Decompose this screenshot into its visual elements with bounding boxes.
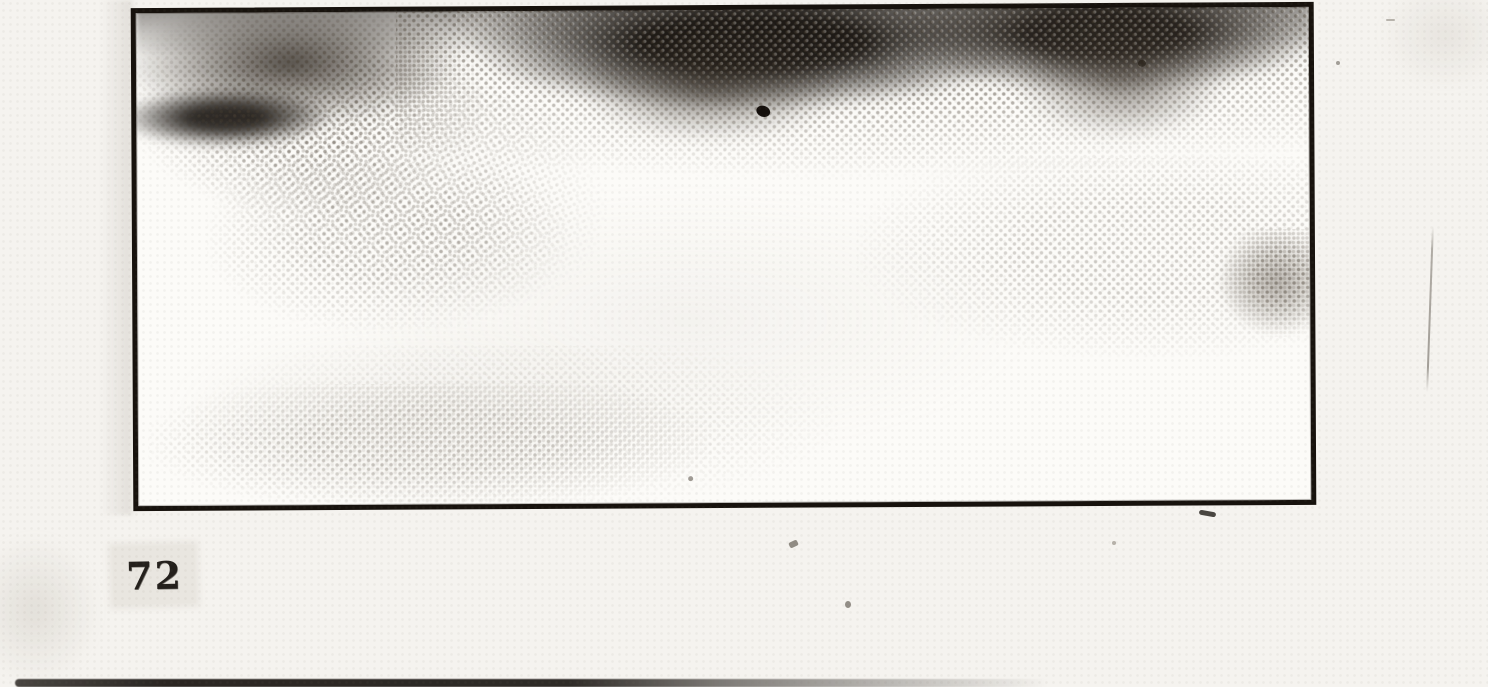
page-number-smudge: 72 bbox=[112, 545, 195, 605]
paper-smudge-top-right bbox=[1380, 0, 1488, 90]
paper-smudge-bottom-left bbox=[0, 535, 100, 685]
scanned-page: 72 bbox=[0, 0, 1488, 687]
halftone-screen-right-tuft bbox=[1222, 229, 1316, 338]
ink-dot-faint bbox=[688, 476, 693, 481]
speck-right-below-frame bbox=[1112, 541, 1116, 545]
scan-streak-left-margin bbox=[100, 0, 134, 515]
speck-dash-top-right bbox=[1386, 19, 1395, 21]
figure-frame bbox=[131, 2, 1317, 511]
interior-wash-left bbox=[167, 310, 668, 511]
ink-dot-small bbox=[1138, 60, 1146, 67]
speck-dash-below-frame bbox=[1199, 510, 1217, 518]
speck-top-right-margin bbox=[1336, 61, 1340, 65]
page-number: 72 bbox=[125, 552, 183, 598]
speck-center-below-frame bbox=[788, 539, 799, 548]
speck-bottom-center bbox=[845, 601, 851, 608]
page-edge-shadow bbox=[15, 679, 1080, 687]
scratch-line bbox=[1426, 226, 1434, 392]
